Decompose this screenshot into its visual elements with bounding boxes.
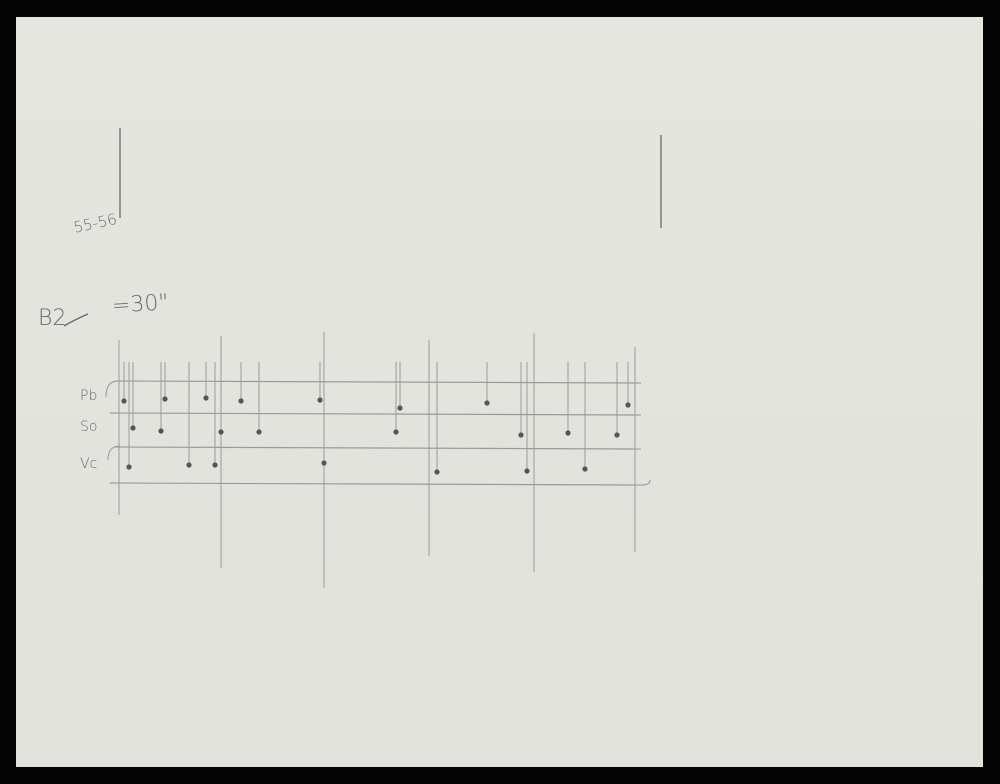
note-head-vc (186, 462, 191, 467)
note-head-vc (212, 462, 217, 467)
note-head-so (130, 425, 135, 430)
note-head-pb (121, 398, 126, 403)
note-head-pb (484, 400, 489, 405)
note-head-so (158, 428, 163, 433)
note-head-vc (582, 466, 587, 471)
note-head-pb (203, 395, 208, 400)
brace-icon (106, 381, 118, 397)
note-head-so (256, 429, 261, 434)
note-head-pb (238, 398, 243, 403)
note-head-so (614, 432, 619, 437)
staff-line (110, 483, 641, 485)
note-head-vc (524, 468, 529, 473)
note-head-vc (321, 460, 326, 465)
note-head-pb (625, 402, 630, 407)
note-head-so (565, 430, 570, 435)
staff-end-curl (641, 480, 650, 485)
note-head-so (218, 429, 223, 434)
musical-score (0, 0, 1000, 784)
note-head-pb (317, 397, 322, 402)
brace-icon (108, 446, 120, 460)
note-head-pb (397, 405, 402, 410)
staff-line (116, 381, 641, 383)
staff-line (110, 413, 641, 415)
note-head-so (393, 429, 398, 434)
note-head-pb (162, 396, 167, 401)
note-head-vc (126, 464, 131, 469)
note-head-so (518, 432, 523, 437)
staff-line (116, 447, 641, 449)
note-head-vc (434, 469, 439, 474)
